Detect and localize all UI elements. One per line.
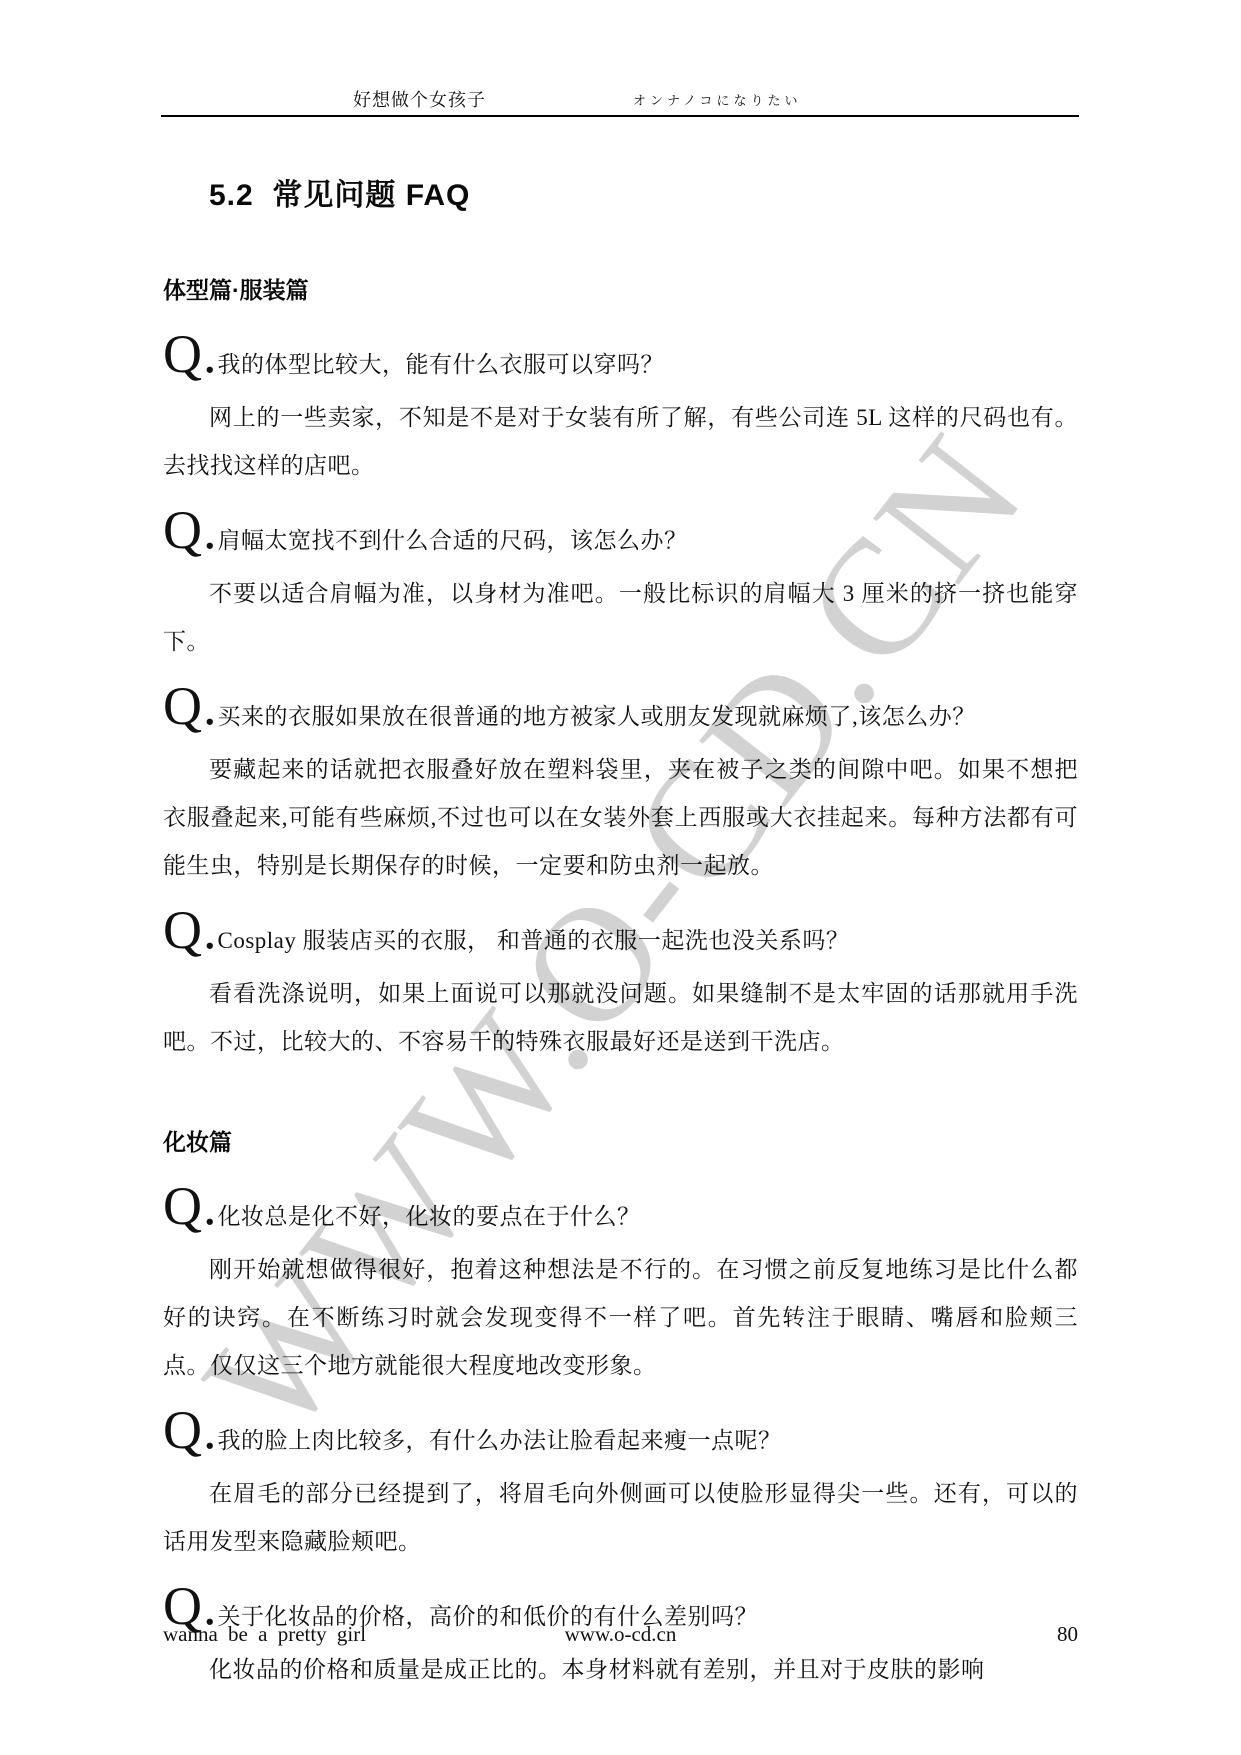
- question-text: 买来的衣服如果放在很普通的地方被家人或朋友发现就麻烦了,该怎么办？: [218, 704, 976, 729]
- footer-page-number: 80: [1057, 1622, 1078, 1647]
- header-rule: [161, 115, 1079, 117]
- q-marker: Q.: [163, 500, 218, 560]
- question-line: Q.化妆总是化不好，化妆的要点在于什么？: [163, 1180, 1078, 1246]
- q-marker: Q.: [163, 1176, 218, 1236]
- question-text: 我的脸上肉比较多，有什么办法让脸看起来瘦一点呢？: [218, 1428, 782, 1453]
- question-line: Q.我的体型比较大，能有什么衣服可以穿吗？: [163, 328, 1078, 394]
- q-marker: Q.: [163, 676, 218, 736]
- question-line: Q.我的脸上肉比较多，有什么办法让脸看起来瘦一点呢？: [163, 1404, 1078, 1470]
- page-content: 5.2 常见问题 FAQ 体型篇·服装篇 Q.我的体型比较大，能有什么衣服可以穿…: [163, 170, 1078, 1694]
- page-footer: wanna be a pretty girl www.o-cd.cn 80: [163, 1622, 1078, 1647]
- answer-text: 刚开始就想做得很好，抱着这种想法是不行的。在习惯之前反复地练习是比什么都好的诀窍…: [163, 1246, 1078, 1390]
- qa-item: Q.买来的衣服如果放在很普通的地方被家人或朋友发现就麻烦了,该怎么办？ 要藏起来…: [163, 680, 1078, 890]
- answer-text: 不要以适合肩幅为准，以身材为准吧。一般比标识的肩幅大 3 厘米的挤一挤也能穿下。: [163, 570, 1078, 666]
- header-book-title-cn: 好想做个女孩子: [353, 86, 486, 112]
- answer-text: 网上的一些卖家，不知是不是对于女装有所了解，有些公司连 5L 这样的尺码也有。去…: [163, 394, 1078, 490]
- section-heading-makeup: 化妆篇: [163, 1118, 1078, 1166]
- section-heading-body-clothing: 体型篇·服装篇: [163, 266, 1078, 314]
- question-text: Cosplay 服装店买的衣服， 和普通的衣服一起洗也没关系吗？: [218, 928, 850, 953]
- question-line: Q.Cosplay 服装店买的衣服， 和普通的衣服一起洗也没关系吗？: [163, 904, 1078, 970]
- footer-book-title: wanna be a pretty girl: [163, 1622, 366, 1647]
- header-book-title-jp: オンナノコになりたい: [633, 90, 801, 109]
- page-title: 5.2 常见问题 FAQ: [209, 170, 1078, 222]
- answer-text: 要藏起来的话就把衣服叠好放在塑料袋里，夹在被子之类的间隙中吧。如果不想把衣服叠起…: [163, 746, 1078, 890]
- answer-text: 看看洗涤说明，如果上面说可以那就没问题。如果缝制不是太牢固的话那就用手洗吧。不过…: [163, 970, 1078, 1066]
- qa-item: Q.Cosplay 服装店买的衣服， 和普通的衣服一起洗也没关系吗？ 看看洗涤说…: [163, 904, 1078, 1066]
- question-text: 我的体型比较大，能有什么衣服可以穿吗？: [218, 352, 665, 377]
- q-marker: Q.: [163, 324, 218, 384]
- qa-item: Q.肩幅太宽找不到什么合适的尺码，该怎么办？ 不要以适合肩幅为准，以身材为准吧。…: [163, 504, 1078, 666]
- answer-text: 化妆品的价格和质量是成正比的。本身材料就有差别，并且对于皮肤的影响: [163, 1646, 1078, 1694]
- question-line: Q.买来的衣服如果放在很普通的地方被家人或朋友发现就麻烦了,该怎么办？: [163, 680, 1078, 746]
- q-marker: Q.: [163, 1400, 218, 1460]
- answer-text: 在眉毛的部分已经提到了，将眉毛向外侧画可以使脸形显得尖一些。还有，可以的话用发型…: [163, 1470, 1078, 1566]
- qa-item: Q.我的脸上肉比较多，有什么办法让脸看起来瘦一点呢？ 在眉毛的部分已经提到了，将…: [163, 1404, 1078, 1566]
- question-line: Q.肩幅太宽找不到什么合适的尺码，该怎么办？: [163, 504, 1078, 570]
- qa-item: Q.我的体型比较大，能有什么衣服可以穿吗？ 网上的一些卖家，不知是不是对于女装有…: [163, 328, 1078, 490]
- question-text: 肩幅太宽找不到什么合适的尺码，该怎么办？: [218, 528, 688, 553]
- qa-item: Q.化妆总是化不好，化妆的要点在于什么？ 刚开始就想做得很好，抱着这种想法是不行…: [163, 1180, 1078, 1390]
- footer-website: www.o-cd.cn: [565, 1622, 677, 1647]
- question-text: 化妆总是化不好，化妆的要点在于什么？: [218, 1204, 641, 1229]
- q-marker: Q.: [163, 900, 218, 960]
- document-page: WWW.O-CD.CN 好想做个女孩子 オンナノコになりたい 5.2 常见问题 …: [0, 0, 1241, 1755]
